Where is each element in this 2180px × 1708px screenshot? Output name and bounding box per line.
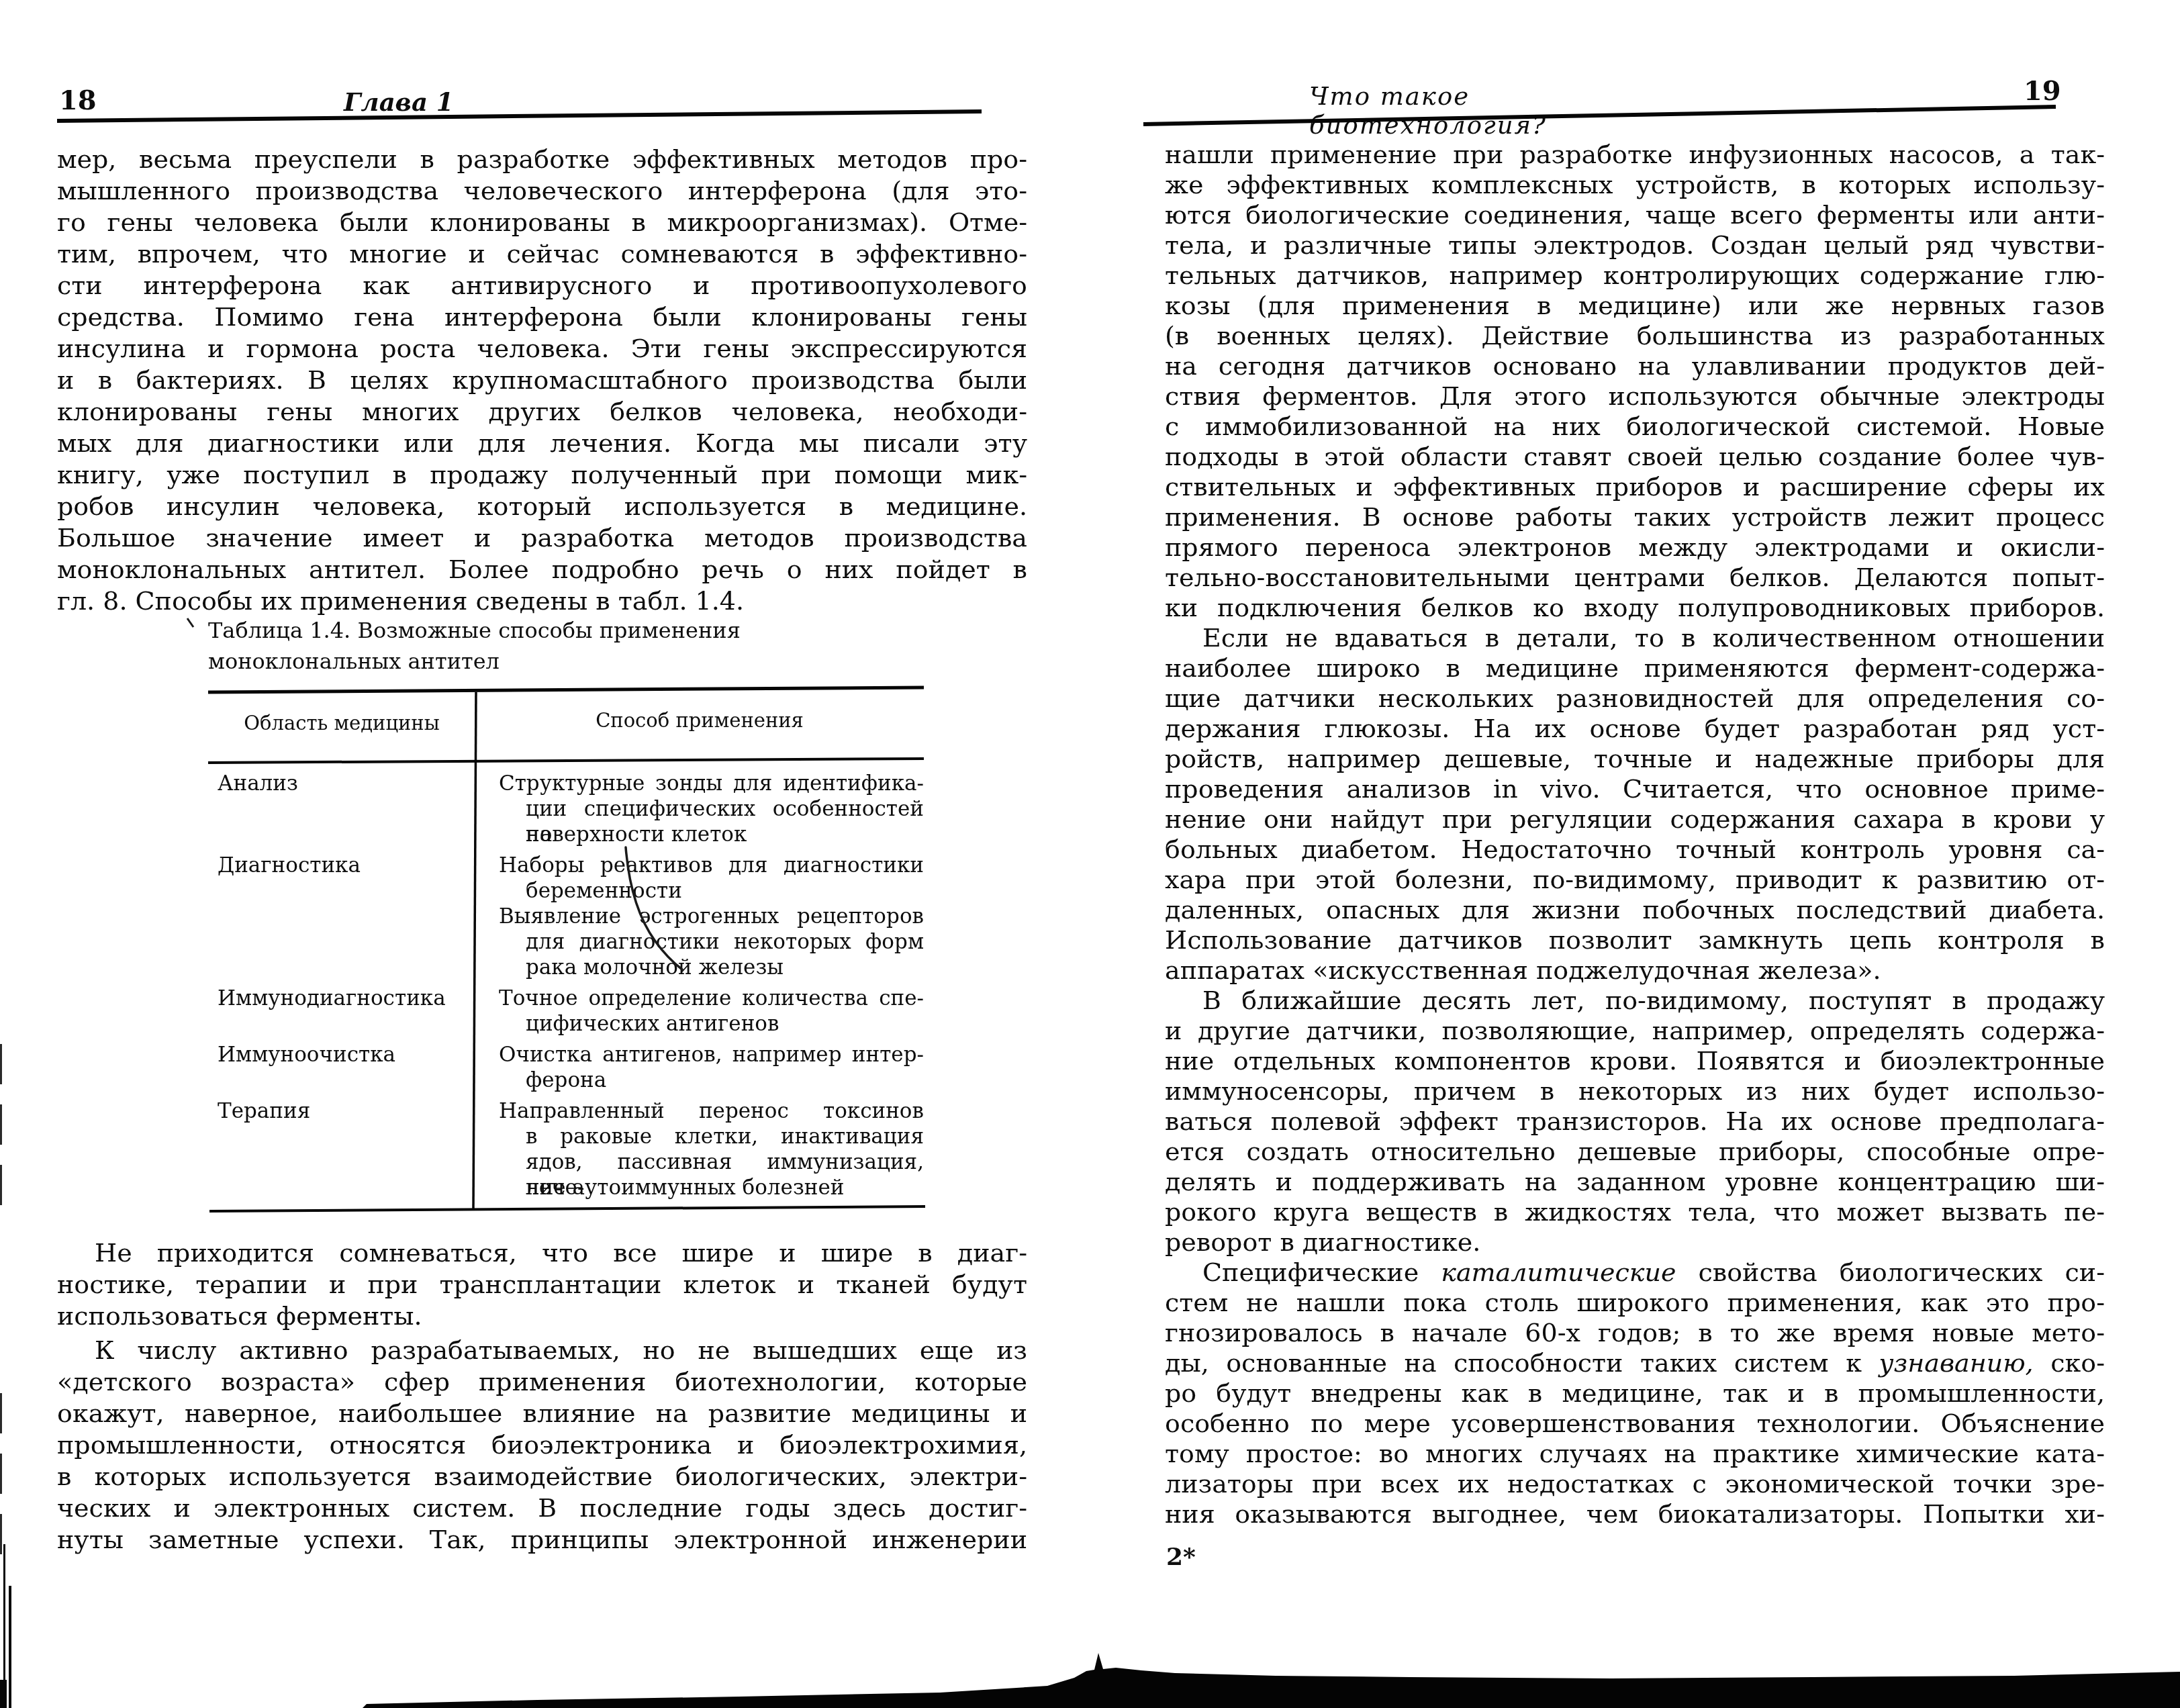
table-text-line: рака молочной железы bbox=[499, 955, 924, 980]
text-line: ро будут внедрены как в медицине, так и … bbox=[1165, 1378, 2105, 1409]
page-edge-mark bbox=[0, 1044, 2, 1084]
binding-mark bbox=[9, 1586, 11, 1708]
text-line: реворот в диагностике. bbox=[1165, 1227, 2105, 1258]
page-number-right: 19 bbox=[2024, 75, 2061, 107]
page-number-left: 18 bbox=[59, 85, 97, 116]
text-line: тим, впрочем, что многие и сейчас сомнев… bbox=[57, 238, 1027, 270]
text-line: проведения анализов in vivo. Считается, … bbox=[1165, 774, 2105, 804]
text-line: козы (для применения в медицине) или же … bbox=[1165, 291, 2105, 321]
text-line: тому простое: во многих случаях на практ… bbox=[1165, 1439, 2105, 1469]
table-text-line: для диагностики некоторых форм bbox=[499, 929, 924, 955]
text-line: гл. 8. Способы их применения сведены в т… bbox=[57, 585, 1027, 617]
row-methods: Структурные зонды для идентифика- ции сп… bbox=[475, 771, 924, 847]
text-line: Использование датчиков позволит замкнуть… bbox=[1165, 925, 2105, 955]
text-line: нашли применение при разработке инфузион… bbox=[1165, 140, 2105, 170]
text-line: прямого переноса электронов между электр… bbox=[1165, 532, 2105, 563]
text-line: средства. Помимо гена интерферона были к… bbox=[57, 301, 1027, 333]
scan-bottom-edge-shadow bbox=[363, 1653, 2180, 1708]
binding-mark bbox=[3, 1544, 5, 1708]
page-edge-mark bbox=[0, 1454, 2, 1494]
text-line: окажут, наверное, наибольшее влияние на … bbox=[57, 1398, 1027, 1429]
text-line: рокого круга веществ в жидкостях тела, ч… bbox=[1165, 1197, 2105, 1227]
row-methods: Очистка антигенов, например интер- ферон… bbox=[475, 1042, 924, 1093]
text-line: аппаратах «искусственная поджелудочная ж… bbox=[1165, 955, 2105, 986]
text-line: К числу активно разрабатываемых, но не в… bbox=[57, 1335, 1027, 1366]
row-methods: Точное определение количества спе- цифич… bbox=[475, 986, 924, 1037]
page-edge-mark bbox=[0, 1104, 2, 1145]
speck-artifact bbox=[187, 618, 193, 627]
text-line: мышленного производства человеческого ин… bbox=[57, 175, 1027, 207]
text-segment: ско- bbox=[2034, 1348, 2105, 1378]
row-methods: Наборы реактивов для диагностики беремен… bbox=[475, 853, 924, 980]
binding-mark bbox=[0, 1680, 7, 1708]
page-edge-mark bbox=[0, 1393, 2, 1433]
text-line: ствия ферментов. Для этого используются … bbox=[1165, 381, 2105, 412]
page-edge-mark bbox=[0, 1165, 2, 1205]
text-line: ния оказываются выгоднее, чем биокатализ… bbox=[1165, 1499, 2105, 1529]
table-row: Диагностика Наборы реактивов для диагнос… bbox=[208, 853, 924, 980]
table-row: Иммунодиагностика Точное определение кол… bbox=[208, 986, 924, 1037]
text-segment: свойства биологических си- bbox=[1676, 1258, 2105, 1287]
text-line: сти интерферона как антивирусного и прот… bbox=[57, 270, 1027, 301]
text-segment: Специфические bbox=[1202, 1258, 1441, 1287]
text-line: Специфические каталитические свойства би… bbox=[1165, 1258, 2105, 1288]
table-text-line: ядов, пассивная иммунизация, лече- bbox=[499, 1149, 924, 1175]
header-rule-left bbox=[57, 111, 982, 121]
table-caption: Таблица 1.4. Возможные способы применени… bbox=[208, 615, 927, 677]
italic-term: узнаванию, bbox=[1879, 1348, 2033, 1378]
text-line: же эффективных комплексных устройств, в … bbox=[1165, 170, 2105, 200]
table-row: Иммуноочистка Очистка антигенов, наприме… bbox=[208, 1042, 924, 1093]
row-label: Диагностика bbox=[208, 853, 475, 980]
table-mid-rule bbox=[208, 759, 924, 763]
text-line: Большое значение имеет и разработка мето… bbox=[57, 522, 1027, 554]
table-text-line: цифических антигенов bbox=[499, 1011, 924, 1037]
text-line: Если не вдаваться в детали, то в количес… bbox=[1165, 623, 2105, 653]
text-line: держания глюкозы. На их основе будет раз… bbox=[1165, 714, 2105, 744]
text-line: подходы в этой области ставят своей цель… bbox=[1165, 442, 2105, 472]
text-line: ствительных и эффективных приборов и рас… bbox=[1165, 472, 2105, 502]
row-label: Иммуноочистка bbox=[208, 1042, 475, 1093]
table-text-line: Структурные зонды для идентифика- bbox=[499, 771, 924, 796]
table-caption-line: моноклональных антител bbox=[208, 646, 927, 677]
text-line: в которых используется взаимодействие би… bbox=[57, 1461, 1027, 1492]
text-line: наиболее широко в медицине применяются ф… bbox=[1165, 653, 2105, 683]
text-line: промышленности, относятся биоэлектроника… bbox=[57, 1429, 1027, 1461]
text-line: хара при этой болезни, по-видимому, прив… bbox=[1165, 865, 2105, 895]
text-line: тельно-восстановительными центрами белко… bbox=[1165, 563, 2105, 593]
text-line: особенно по мере усовершенствования техн… bbox=[1165, 1409, 2105, 1439]
italic-term: каталитические bbox=[1441, 1258, 1676, 1287]
running-title-left: Глава 1 bbox=[344, 87, 454, 117]
table-text-line: беременности bbox=[499, 878, 924, 904]
text-line: ройств, например дешевые, точные и надеж… bbox=[1165, 744, 2105, 774]
text-line: стем не нашли пока столь широкого примен… bbox=[1165, 1288, 2105, 1318]
left-paragraph-2: Не приходится сомневаться, что все шире … bbox=[57, 1237, 1027, 1332]
text-line: и другие датчики, позволяющие, например,… bbox=[1165, 1016, 2105, 1046]
row-methods: Направленный перенос токсинов в раковые … bbox=[475, 1098, 924, 1200]
table-text-line: ции специфических особенностей на bbox=[499, 796, 924, 822]
left-paragraph-1: мер, весьма преуспели в разработке эффек… bbox=[57, 144, 1027, 617]
text-line: инсулина и гормона роста человека. Эти г… bbox=[57, 333, 1027, 365]
text-line: «детского возраста» сфер применения биот… bbox=[57, 1366, 1027, 1398]
text-line: тела, и различные типы электродов. Созда… bbox=[1165, 230, 2105, 260]
text-line: клонированы гены многих других белков че… bbox=[57, 396, 1027, 428]
text-line: ды, основанные на способности таких сист… bbox=[1165, 1348, 2105, 1378]
text-line: ние отдельных компонентов крови. Появятс… bbox=[1165, 1046, 2105, 1076]
text-line: нуты заметные успехи. Так, принципы элек… bbox=[57, 1524, 1027, 1556]
text-line: моноклональных антител. Более подробно р… bbox=[57, 554, 1027, 585]
table-text-line: Наборы реактивов для диагностики bbox=[499, 853, 924, 878]
text-line: даленных, опасных для жизни побочных пос… bbox=[1165, 895, 2105, 925]
text-line: делять и поддерживать на заданном уровне… bbox=[1165, 1167, 2105, 1197]
text-line: ческих и электронных систем. В последние… bbox=[57, 1492, 1027, 1524]
table-column-header-area: Область медицины bbox=[208, 712, 475, 734]
table-text-line: поверхности клеток bbox=[499, 822, 924, 847]
text-line: ваться полевой эффект транзисторов. На и… bbox=[1165, 1106, 2105, 1137]
text-line: гнозировалось в начале 60-х годов; в то … bbox=[1165, 1318, 2105, 1348]
page-edge-mark bbox=[0, 1514, 2, 1554]
text-line: мых для диагностики или для лечения. Ког… bbox=[57, 428, 1027, 459]
table-top-rule bbox=[208, 687, 924, 692]
text-line: В ближайшие десять лет, по-видимому, пос… bbox=[1165, 986, 2105, 1016]
text-line: нение они найдут при регуляции содержани… bbox=[1165, 804, 2105, 835]
monoclonal-antibodies-table: Анализ Структурные зонды для идентифика-… bbox=[208, 771, 924, 1206]
table-text-line: Выявление эстрогенных рецепторов bbox=[499, 904, 924, 929]
signature-mark: 2* bbox=[1166, 1543, 1196, 1571]
table-row: Анализ Структурные зонды для идентифика-… bbox=[208, 771, 924, 847]
row-label: Иммунодиагностика bbox=[208, 986, 475, 1037]
text-line: ется создать относительно дешевые прибор… bbox=[1165, 1137, 2105, 1167]
text-line: ки подключения белков ко входу полупрово… bbox=[1165, 593, 2105, 623]
text-line: и в бактериях. В целях крупномасштабного… bbox=[57, 365, 1027, 396]
text-line: лизаторы при всех их недостатках с эконо… bbox=[1165, 1469, 2105, 1499]
table-text-line: Точное определение количества спе- bbox=[499, 986, 924, 1011]
table-column-header-method: Способ применения bbox=[475, 709, 924, 732]
text-line: на сегодня датчиков основано на улавлива… bbox=[1165, 351, 2105, 381]
text-line: ностике, терапии и при трансплантации кл… bbox=[57, 1269, 1027, 1300]
table-text-line: в раковые клетки, инактивация bbox=[499, 1124, 924, 1149]
text-line: иммуносенсоры, причем в некоторых из них… bbox=[1165, 1076, 2105, 1106]
text-line: щие датчики нескольких разновидностей дл… bbox=[1165, 683, 2105, 714]
text-line: тельных датчиков, например контролирующи… bbox=[1165, 260, 2105, 291]
table-bottom-rule bbox=[209, 1206, 925, 1211]
table-text-line: ферона bbox=[499, 1067, 924, 1093]
text-line: с иммобилизованной на них биологической … bbox=[1165, 412, 2105, 442]
row-label: Анализ bbox=[208, 771, 475, 847]
text-line: робов инсулин человека, который использу… bbox=[57, 491, 1027, 522]
right-page-text: нашли применение при разработке инфузион… bbox=[1165, 140, 2105, 1529]
text-line: Не приходится сомневаться, что все шире … bbox=[57, 1237, 1027, 1269]
running-title-right: Что такое биотехнология? bbox=[1309, 82, 1712, 140]
text-line: го гены человека были клонированы в микр… bbox=[57, 207, 1027, 238]
text-line: применения. В основе работы таких устрой… bbox=[1165, 502, 2105, 532]
text-line: мер, весьма преуспели в разработке эффек… bbox=[57, 144, 1027, 175]
text-line: ются биологические соединения, чаще всег… bbox=[1165, 200, 2105, 230]
text-line: больных диабетом. Недостаточно точный ко… bbox=[1165, 835, 2105, 865]
left-paragraph-3: К числу активно разрабатываемых, но не в… bbox=[57, 1335, 1027, 1556]
text-line: использоваться ферменты. bbox=[57, 1300, 1027, 1332]
text-line: (в военных целях). Действие большинства … bbox=[1165, 321, 2105, 351]
table-text-line: ние аутоиммунных болезней bbox=[499, 1175, 924, 1200]
text-line: книгу, уже поступил в продажу полученный… bbox=[57, 459, 1027, 491]
table-row: Терапия Направленный перенос токсинов в … bbox=[208, 1098, 924, 1200]
table-caption-line: Таблица 1.4. Возможные способы применени… bbox=[208, 615, 927, 646]
text-segment: ды, основанные на способности таких сист… bbox=[1165, 1348, 1879, 1378]
table-text-line: Очистка антигенов, например интер- bbox=[499, 1042, 924, 1067]
row-label: Терапия bbox=[208, 1098, 475, 1200]
table-text-line: Направленный перенос токсинов bbox=[499, 1098, 924, 1124]
book-spread-scan: 18 Глава 1 Что такое биотехнология? 19 м… bbox=[0, 0, 2180, 1708]
